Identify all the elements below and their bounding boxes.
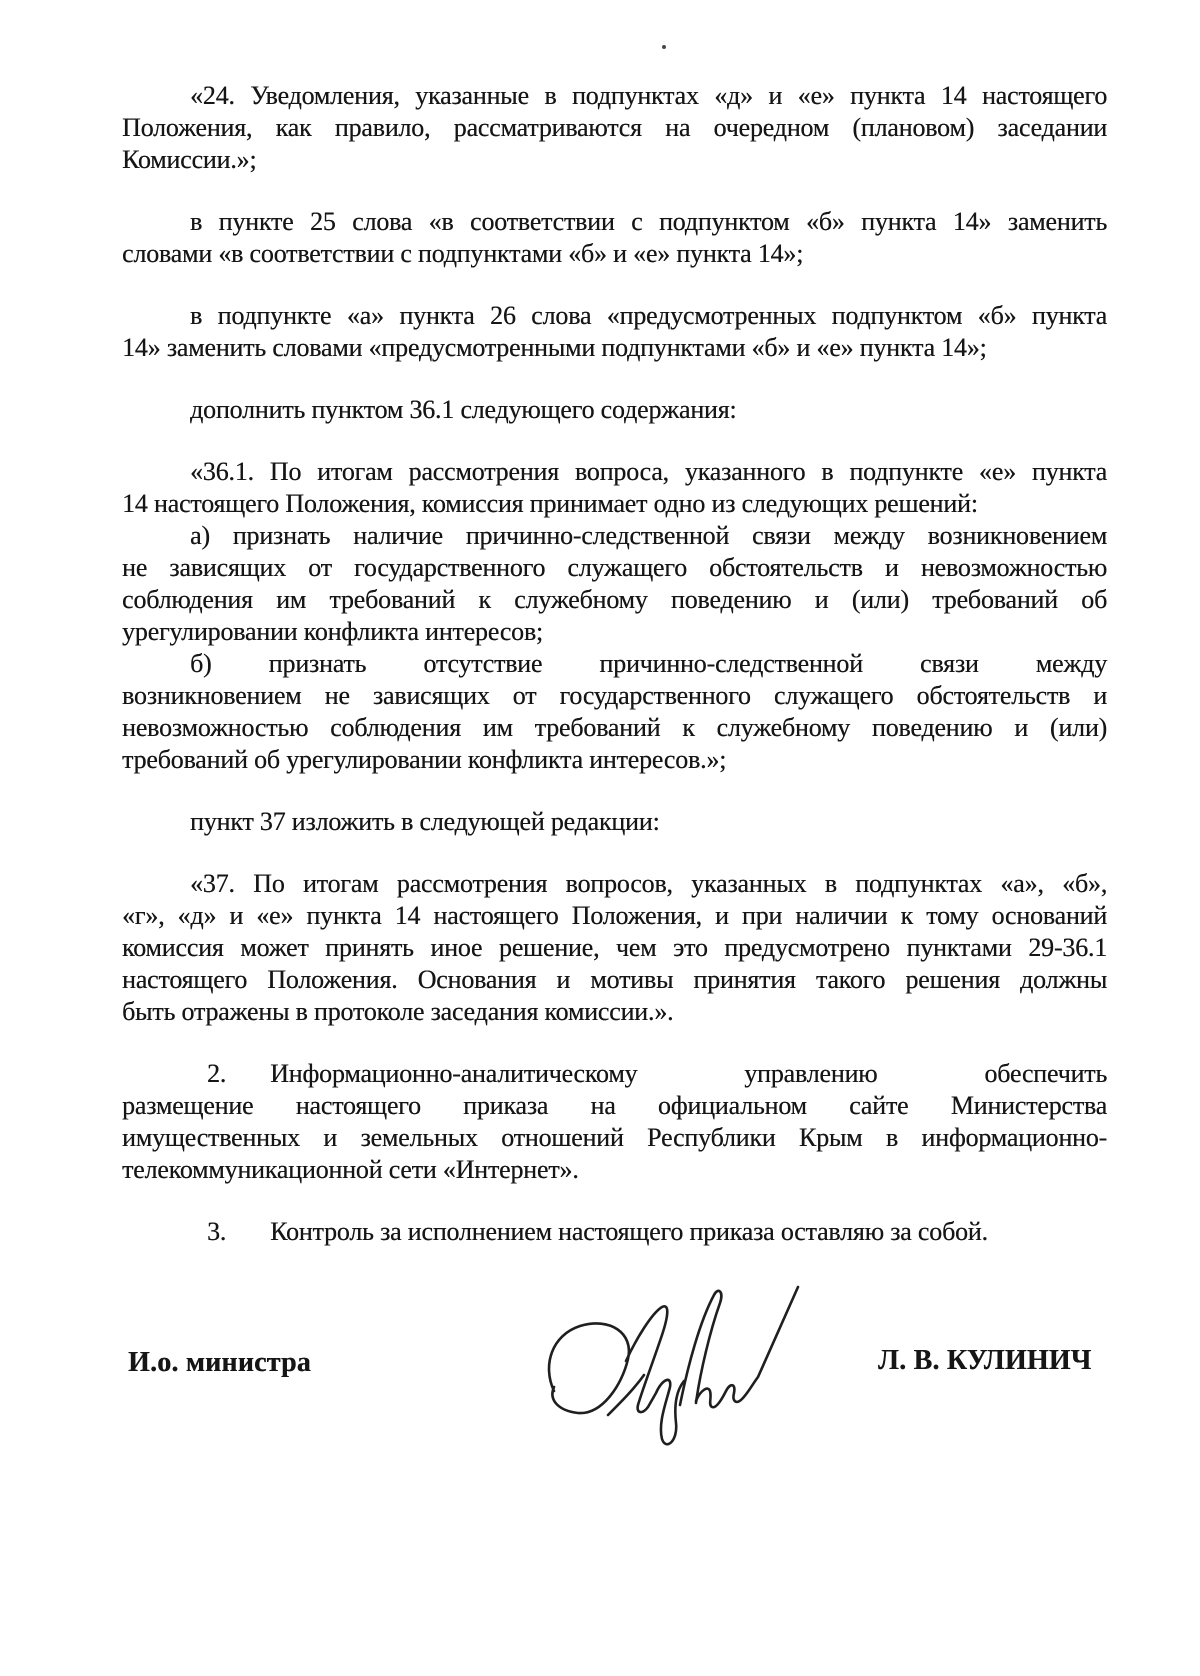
paragraph-36-1-intro: «36.1. По итогам рассмотрения вопроса, у… (122, 456, 1107, 520)
text-line: 3.Контроль за исполнением настоящего при… (122, 1216, 1107, 1248)
paragraph-item-25: в пункте 25 слова «в соответствии с подп… (122, 206, 1107, 270)
paragraph-item-26: в подпункте «а» пункта 26 слова «предусм… (122, 300, 1107, 364)
text-line: комиссия может принять иное решение, чем… (122, 932, 1107, 964)
text-line: настоящего Положения. Основания и мотивы… (122, 964, 1107, 996)
paragraph-add-36-1: дополнить пунктом 36.1 следующего содерж… (122, 394, 1107, 426)
text-line: а) признать наличие причинно-следственно… (122, 520, 1107, 552)
scan-artifact-dot (662, 45, 666, 49)
text-line: возникновением не зависящих от государст… (122, 680, 1107, 712)
paragraph-24: «24. Уведомления, указанные в подпунктах… (122, 80, 1107, 176)
paragraph-item-37-intro: пункт 37 изложить в следующей редакции: (122, 806, 1107, 838)
text-line: «24. Уведомления, указанные в подпунктах… (122, 80, 1107, 112)
text-line: невозможностью соблюдения им требований … (122, 712, 1107, 744)
text-line: соблюдения им требований к служебному по… (122, 584, 1107, 616)
paragraph-36-1-b: б) признать отсутствие причинно-следстве… (122, 648, 1107, 776)
text-line: Положения, как правило, рассматриваются … (122, 112, 1107, 144)
text-line: «г», «д» и «е» пункта 14 настоящего Поло… (122, 900, 1107, 932)
text-line: 14» заменить словами «предусмотренными п… (122, 332, 1107, 364)
text-line: б) признать отсутствие причинно-следстве… (122, 648, 1107, 680)
signatory-role: И.о. министра (128, 1347, 311, 1379)
paragraph-point-3: 3.Контроль за исполнением настоящего при… (122, 1216, 1107, 1248)
text-line: в пункте 25 слова «в соответствии с подп… (122, 206, 1107, 238)
text-line: 14 настоящего Положения, комиссия приним… (122, 488, 1107, 520)
text-line: «37. По итогам рассмотрения вопросов, ук… (122, 868, 1107, 900)
text-line: пункт 37 изложить в следующей редакции: (122, 806, 1107, 838)
text-line: словами «в соответствии с подпунктами «б… (122, 238, 1107, 270)
paragraph-37: «37. По итогам рассмотрения вопросов, ук… (122, 868, 1107, 1028)
text-line: телекоммуникационной сети «Интернет». (122, 1154, 1107, 1186)
text-segment: Информационно-аналитическому управлению … (270, 1059, 1107, 1088)
document-page: «24. Уведомления, указанные в подпунктах… (122, 80, 1107, 1278)
signature (530, 1273, 810, 1469)
point-number: 2. (207, 1059, 226, 1088)
text-line: Комиссии.»; (122, 144, 1107, 176)
signature-block: И.о. министра Л. В. КУЛИНИЧ (122, 1285, 1107, 1505)
text-line: «36.1. По итогам рассмотрения вопроса, у… (122, 456, 1107, 488)
point-number: 3. (207, 1217, 226, 1246)
text-line: размещение настоящего приказа на официал… (122, 1090, 1107, 1122)
text-line: 2.Информационно-аналитическому управлени… (122, 1058, 1107, 1090)
text-segment: Контроль за исполнением настоящего прика… (270, 1217, 988, 1246)
text-line: дополнить пунктом 36.1 следующего содерж… (122, 394, 1107, 426)
text-line: имущественных и земельных отношений Респ… (122, 1122, 1107, 1154)
text-line: урегулировании конфликта интересов; (122, 616, 1107, 648)
signatory-name: Л. В. КУЛИНИЧ (878, 1345, 1092, 1377)
paragraph-point-2: 2.Информационно-аналитическому управлени… (122, 1058, 1107, 1186)
text-line: в подпункте «а» пункта 26 слова «предусм… (122, 300, 1107, 332)
paragraph-36-1-a: а) признать наличие причинно-следственно… (122, 520, 1107, 648)
text-line: не зависящих от государственного служаще… (122, 552, 1107, 584)
text-line: требований об урегулировании конфликта и… (122, 744, 1107, 776)
text-line: быть отражены в протоколе заседания коми… (122, 996, 1107, 1028)
